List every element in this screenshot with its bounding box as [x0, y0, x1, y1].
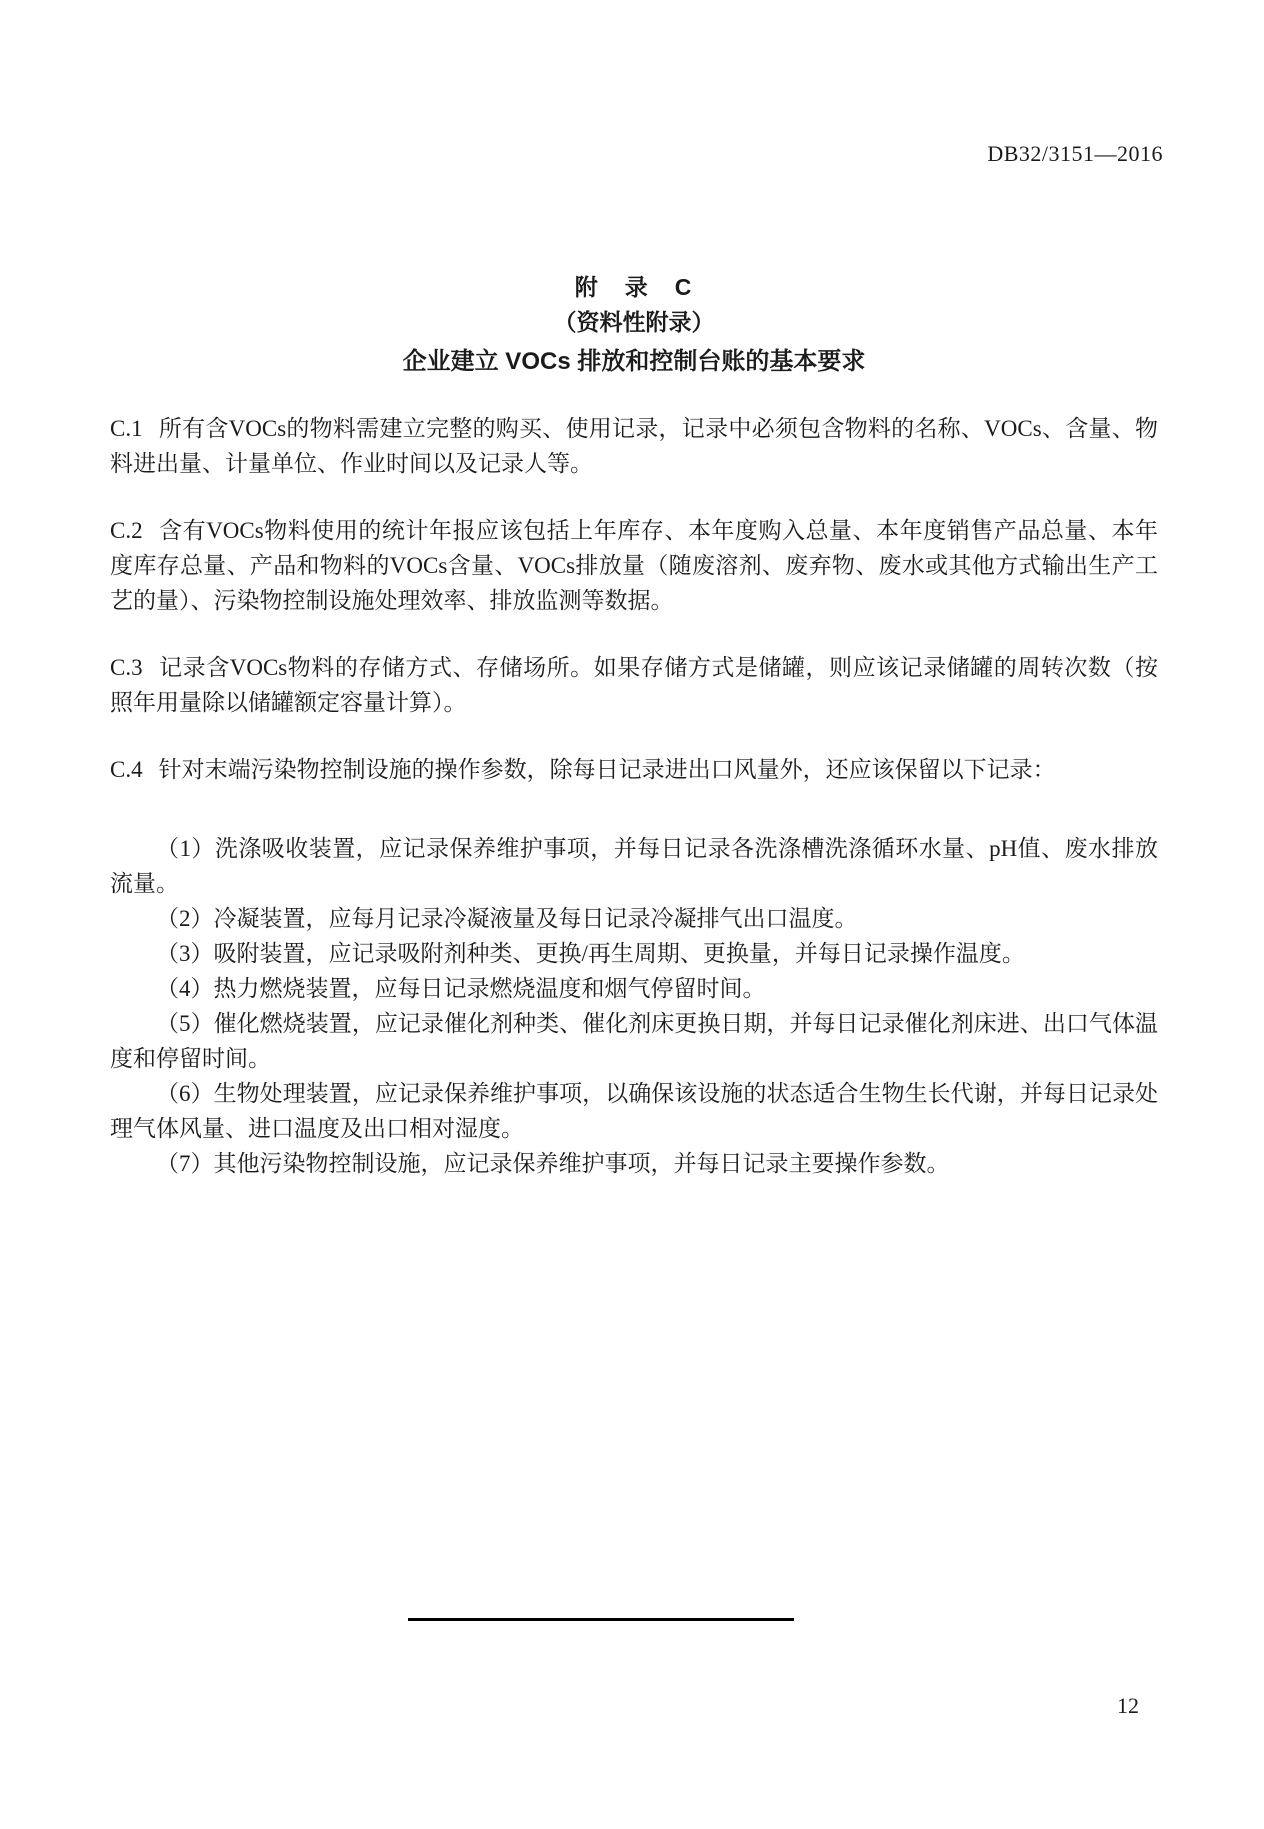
- clause-c3-text: 记录含VOCs物料的存储方式、存储场所。如果存储方式是储罐，则应该记录储罐的周转…: [110, 655, 1158, 715]
- appendix-body: 附 录 C （资料性附录） 企业建立 VOCs 排放和控制台账的基本要求 C.1…: [110, 270, 1158, 1181]
- clause-c4-text: 针对末端污染物控制设施的操作参数，除每日记录进出口风量外，还应该保留以下记录：: [159, 757, 1056, 782]
- clause-c2-label: C.2: [110, 513, 143, 548]
- clause-c1-label: C.1: [110, 411, 143, 446]
- record-item-list: （1）洗涤吸收装置，应记录保养维护事项，并每日记录各洗涤槽洗涤循环水量、pH值、…: [110, 831, 1158, 1181]
- clause-c1: C.1所有含VOCs的物料需建立完整的购买、使用记录，记录中必须包含物料的名称、…: [110, 411, 1158, 481]
- clause-c1-text: 所有含VOCs的物料需建立完整的购买、使用记录，记录中必须包含物料的名称、VOC…: [110, 416, 1158, 476]
- standard-number-header: DB32/3151—2016: [987, 141, 1163, 167]
- list-item-2: （2）冷凝装置，应每月记录冷凝液量及每日记录冷凝排气出口温度。: [110, 901, 1158, 936]
- list-item-1: （1）洗涤吸收装置，应记录保养维护事项，并每日记录各洗涤槽洗涤循环水量、pH值、…: [110, 831, 1158, 901]
- document-page: DB32/3151—2016 附 录 C （资料性附录） 企业建立 VOCs 排…: [0, 0, 1264, 1829]
- page-number: 12: [1117, 1693, 1139, 1719]
- clause-c2-text: 含有VOCs物料使用的统计年报应该包括上年库存、本年度购入总量、本年度销售产品总…: [110, 518, 1158, 613]
- footnote-rule: [408, 1618, 794, 1621]
- appendix-title: 附 录 C: [110, 270, 1158, 305]
- clause-c3-label: C.3: [110, 650, 143, 685]
- clause-c3: C.3记录含VOCs物料的存储方式、存储场所。如果存储方式是储罐，则应该记录储罐…: [110, 650, 1158, 720]
- clause-c2: C.2含有VOCs物料使用的统计年报应该包括上年库存、本年度购入总量、本年度销售…: [110, 513, 1158, 618]
- appendix-subject-title: 企业建立 VOCs 排放和控制台账的基本要求: [110, 344, 1158, 379]
- clause-c4: C.4针对末端污染物控制设施的操作参数，除每日记录进出口风量外，还应该保留以下记…: [110, 752, 1158, 787]
- list-item-4: （4）热力燃烧装置，应每日记录燃烧温度和烟气停留时间。: [110, 971, 1158, 1006]
- list-item-7: （7）其他污染物控制设施，应记录保养维护事项，并每日记录主要操作参数。: [110, 1146, 1158, 1181]
- list-item-6: （6）生物处理装置，应记录保养维护事项，以确保该设施的状态适合生物生长代谢，并每…: [110, 1076, 1158, 1146]
- appendix-type-label: （资料性附录）: [110, 305, 1158, 340]
- clause-c4-label: C.4: [110, 752, 143, 787]
- list-item-5: （5）催化燃烧装置，应记录催化剂种类、催化剂床更换日期，并每日记录催化剂床进、出…: [110, 1006, 1158, 1076]
- list-item-3: （3）吸附装置，应记录吸附剂种类、更换/再生周期、更换量，并每日记录操作温度。: [110, 936, 1158, 971]
